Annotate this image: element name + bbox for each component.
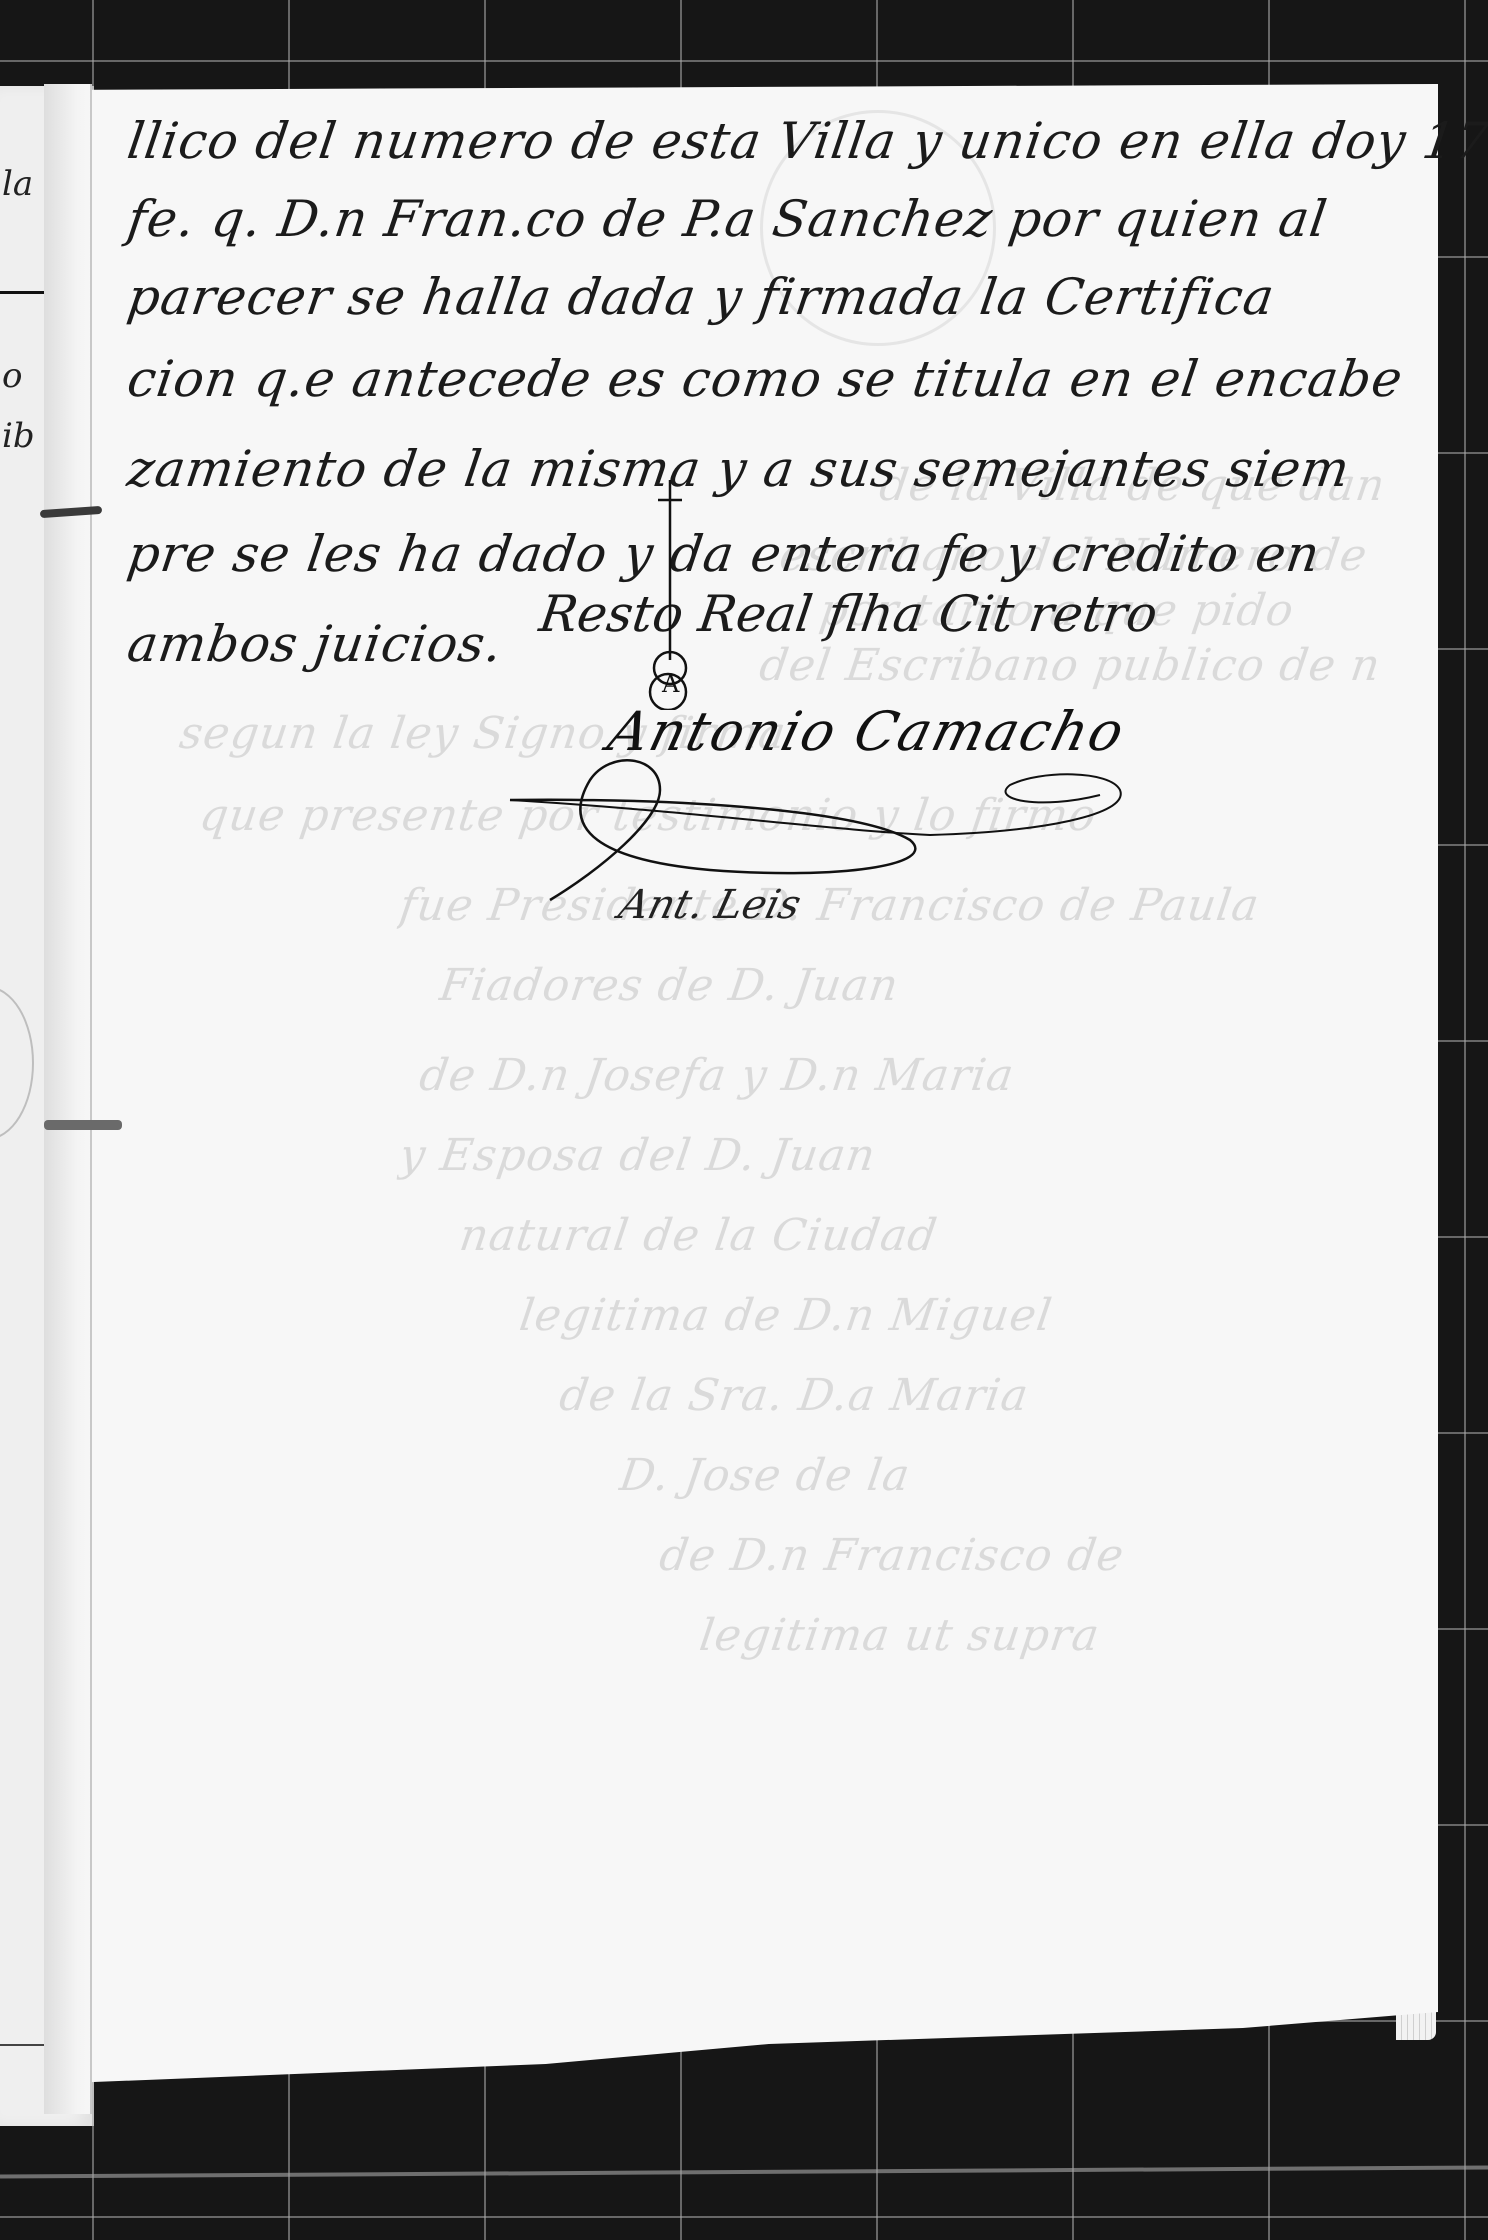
manuscript-line: parecer se halla dada y firmada la Certi… <box>124 268 1392 326</box>
signature-block: Antonio Camacho Ant. Leis <box>480 700 1160 940</box>
show-through-text: de la Sra. D.a Maria <box>556 1370 1383 1421</box>
manuscript-line: fe. q. D.n Fran.co de P.a Sanchez por qu… <box>124 190 1392 248</box>
binding-fold <box>90 84 92 2114</box>
show-through-text: de D.n Francisco de <box>656 1530 1383 1581</box>
svg-text:A: A <box>661 670 680 698</box>
notary-sign-icon: A <box>640 480 700 710</box>
show-through-text: y Esposa del D. Juan <box>396 1130 1383 1181</box>
binding-thread <box>44 1120 122 1130</box>
facing-page-stamp <box>0 986 34 1140</box>
show-through-text: de D.n Josefa y D.n Maria <box>416 1050 1383 1101</box>
binding-gutter <box>44 84 92 2114</box>
show-through-text: Fiadores de D. Juan <box>436 960 1383 1011</box>
show-through-text: natural de la Ciudad <box>456 1210 1383 1261</box>
signature-flourish-icon <box>480 740 1160 930</box>
show-through-text: legitima de D.n Miguel <box>516 1290 1383 1341</box>
show-through-text: del Escribano publico de numero <box>756 640 1383 691</box>
facing-page-text: ib <box>2 416 35 456</box>
show-through-text: legitima ut supra <box>696 1610 1383 1661</box>
manuscript-line: llico del numero de esta Villa y unico e… <box>124 112 1392 170</box>
show-through-text: D. Jose de la <box>616 1450 1383 1501</box>
facing-page-text: la <box>2 164 33 204</box>
manuscript-line: ambos juicios. <box>124 615 552 673</box>
manuscript-line: zamiento de la misma y a sus semejantes … <box>124 440 1392 498</box>
manuscript-line: cion q.e antecede es como se titula en e… <box>124 350 1392 408</box>
facing-page-text: o <box>2 356 22 396</box>
closing-note: Resto Real flha Cit retro <box>536 585 1161 643</box>
signature-subscript: Ant. Leis <box>614 882 805 928</box>
manuscript-line: pre se les ha dado y da entera fe y cred… <box>124 525 1392 583</box>
